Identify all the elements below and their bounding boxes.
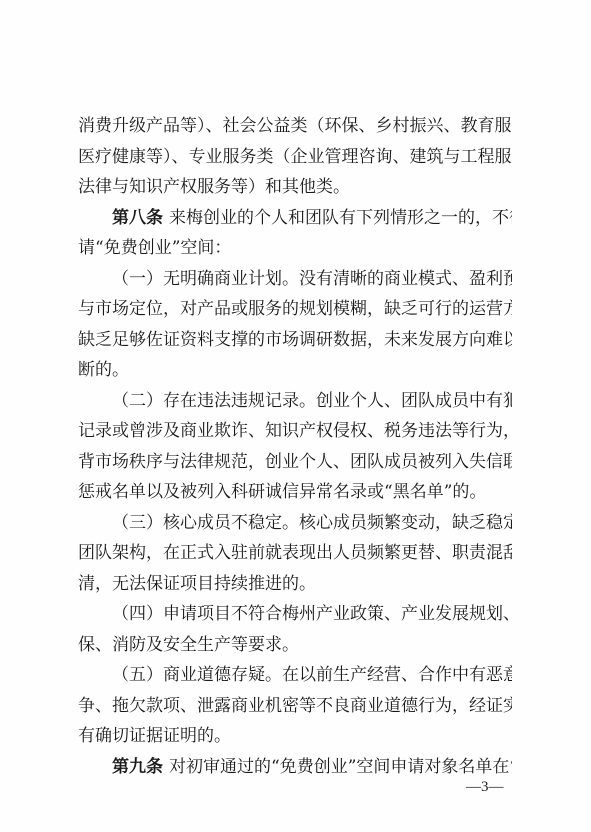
article-number: 第八条: [112, 208, 163, 228]
text-line: 争、拖欠款项、泄露商业机密等不良商业道德行为，经证实或: [78, 691, 512, 722]
document-body: 消费升级产品等）、社会公益类（环保、乡村振兴、教育服务、 医疗健康等）、专业服务…: [78, 111, 512, 782]
clause-4-line: （四）申请项目不符合梅州产业政策、产业发展规划、环: [78, 599, 512, 630]
article-8-heading-line: 第八条来梅创业的个人和团队有下列情形之一的，不得申: [78, 203, 512, 234]
text-line: 有确切证据证明的。: [78, 721, 512, 752]
clause-3-line: （三）核心成员不稳定。核心成员频繁变动，缺乏稳定的: [78, 508, 512, 539]
text-line: 与市场定位，对产品或服务的规划模糊，缺乏可行的运营方案，: [78, 294, 512, 325]
text-line: 消费升级产品等）、社会公益类（环保、乡村振兴、教育服务、: [78, 111, 512, 142]
text-line: 记录或曾涉及商业欺诈、知识产权侵权、税务违法等行为，违: [78, 416, 512, 447]
text-line: 法律与知识产权服务等）和其他类。: [78, 172, 512, 203]
article-text: 对初审通过的“免费创业”空间申请对象名单在“梅: [169, 757, 512, 777]
text-line: 请“免费创业”空间：: [78, 233, 512, 264]
text-line: 背市场秩序与法律规范，创业个人、团队成员被列入失信联合: [78, 447, 512, 478]
text-line: 缺乏足够佐证资料支撑的市场调研数据，未来发展方向难以判: [78, 325, 512, 356]
clause-5-line: （五）商业道德存疑。在以前生产经营、合作中有恶意竞: [78, 660, 512, 691]
text-line: 保、消防及安全生产等要求。: [78, 630, 512, 661]
text-line: 团队架构，在正式入驻前就表现出人员频繁更替、职责混乱不: [78, 538, 512, 569]
text-line: 惩戒名单以及被列入科研诚信异常名录或“黑名单”的。: [78, 477, 512, 508]
text-line: 断的。: [78, 355, 512, 386]
document-page: 消费升级产品等）、社会公益类（环保、乡村振兴、教育服务、 医疗健康等）、专业服务…: [0, 0, 591, 832]
article-number: 第九条: [112, 757, 163, 777]
clause-1-line: （一）无明确商业计划。没有清晰的商业模式、盈利预期: [78, 264, 512, 295]
clause-2-line: （二）存在违法违规记录。创业个人、团队成员中有犯罪: [78, 386, 512, 417]
article-text: 来梅创业的个人和团队有下列情形之一的，不得申: [169, 208, 512, 228]
page-number: —3—: [466, 779, 504, 796]
article-9-heading-line: 第九条对初审通过的“免费创业”空间申请对象名单在“梅: [78, 752, 512, 783]
text-line: 医疗健康等）、专业服务类（企业管理咨询、建筑与工程服务、: [78, 142, 512, 173]
text-line: 清，无法保证项目持续推进的。: [78, 569, 512, 600]
